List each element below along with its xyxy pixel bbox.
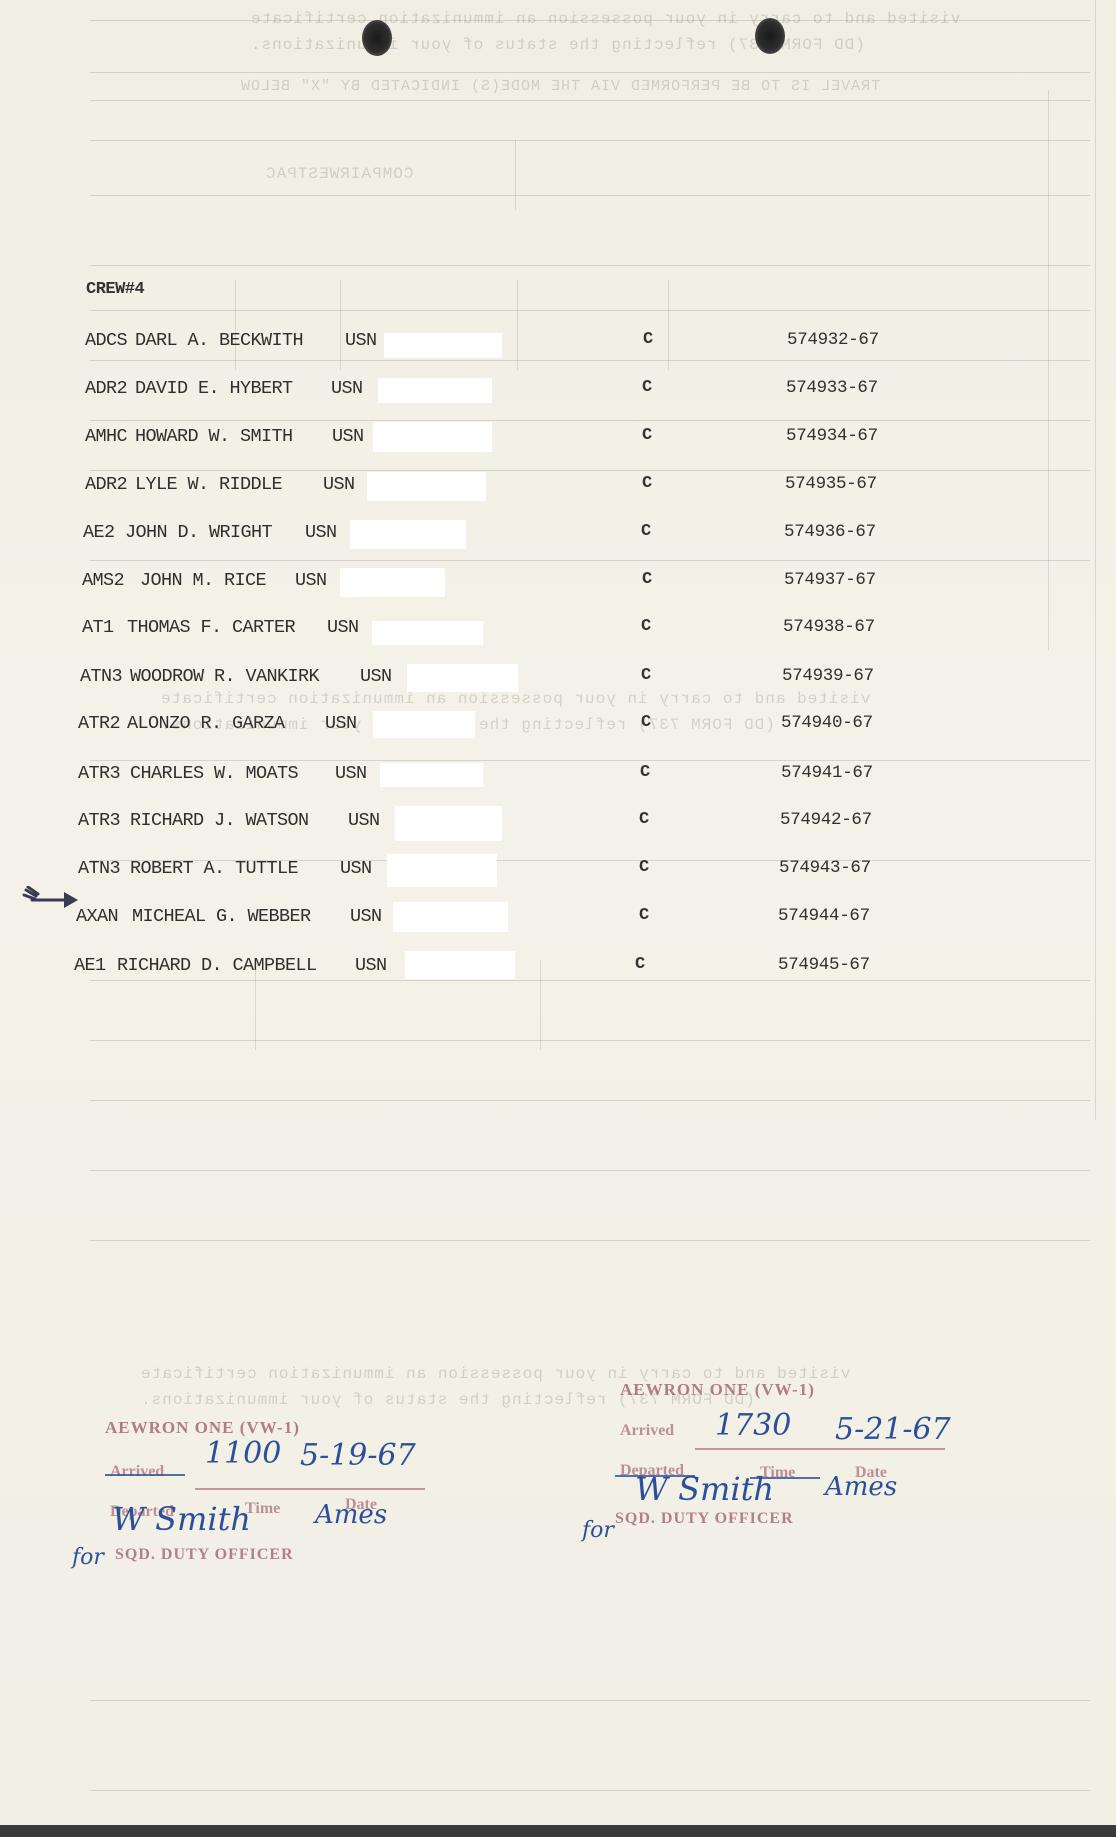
strikethrough-line (105, 1474, 185, 1476)
crew-rate: AE2 (83, 522, 115, 543)
crew-service-number: 574932-67 (787, 330, 879, 350)
crew-branch: USN (332, 426, 364, 447)
crew-name: ALONZO R. GARZA (127, 713, 285, 734)
punch-hole (755, 18, 785, 54)
crew-class: C (641, 617, 651, 636)
crew-row: ATR3 CHARLES W. MOATS USN C 574941-67 (0, 763, 1116, 791)
crew-branch: USN (327, 617, 359, 638)
crew-class: C (642, 474, 652, 493)
stamp-underline (195, 1488, 425, 1490)
ghost-form-line (90, 760, 1090, 761)
crew-service-number: 574937-67 (784, 570, 876, 590)
redaction-box (372, 621, 483, 645)
ghost-form-vline (515, 140, 516, 210)
crew-service-number: 574941-67 (781, 763, 873, 783)
redaction-box (384, 333, 502, 358)
stamp-unit-name: AEWRON ONE (VW-1) (105, 1418, 465, 1438)
handwritten-date: 5-21-67 (835, 1412, 951, 1447)
crew-service-number: 574942-67 (780, 810, 872, 830)
crew-name: WOODROW R. VANKIRK (130, 666, 319, 687)
document-page: visited and to carry in your possession … (0, 0, 1116, 1837)
crew-class: C (642, 570, 652, 589)
crew-rate: ATN3 (80, 666, 122, 687)
ghost-form-line (90, 1700, 1090, 1701)
crew-branch: USN (305, 522, 337, 543)
crew-name: JOHN M. RICE (140, 570, 266, 591)
handwritten-signature-suffix: Ames (315, 1500, 387, 1530)
crew-branch: USN (360, 666, 392, 687)
ghost-form-line (90, 1240, 1090, 1241)
handwritten-time: 1730 (715, 1408, 791, 1443)
handwritten-for-prefix: for (582, 1518, 614, 1543)
crew-row: ATR3 RICHARD J. WATSON USN C 574942-67 (0, 810, 1116, 838)
crew-name: JOHN D. WRIGHT (125, 522, 272, 543)
crew-service-number: 574943-67 (779, 858, 871, 878)
crew-row: ADCS DARL A. BECKWITH USN C 574932-67 (0, 330, 1116, 358)
ghost-form-line (90, 100, 1090, 101)
handwritten-time: 1100 (205, 1436, 281, 1471)
crew-row: ADR2 LYLE W. RIDDLE USN C 574935-67 (0, 474, 1116, 502)
crew-row: AMS2 JOHN M. RICE USN C 574937-67 (0, 570, 1116, 598)
handwritten-signature: W Smith (112, 1500, 251, 1538)
crew-class: C (641, 713, 651, 732)
ghost-form-line (90, 265, 1090, 266)
ghost-form-line (90, 72, 1090, 73)
ghost-form-vline (1095, 0, 1096, 1120)
bleed-through-text: COMPAIRWESTPAC (265, 165, 413, 183)
crew-rate: AE1 (74, 955, 106, 976)
crew-class: C (635, 955, 645, 974)
crew-service-number: 574936-67 (784, 522, 876, 542)
crew-class: C (639, 858, 649, 877)
redaction-box (395, 806, 502, 841)
crew-name: ROBERT A. TUTTLE (130, 858, 298, 879)
redaction-box (405, 951, 515, 979)
crew-service-number: 574939-67 (782, 666, 874, 686)
crew-rate: AMHC (85, 426, 127, 447)
crew-service-number: 574935-67 (785, 474, 877, 494)
crew-name: HOWARD W. SMITH (135, 426, 293, 447)
redaction-box (350, 520, 466, 549)
departure-stamp: AEWRON ONE (VW-1) Arrived Departed Time … (620, 1380, 980, 1540)
crew-row: AXAN MICHEAL G. WEBBER USN C 574944-67 (0, 906, 1116, 934)
crew-class: C (643, 330, 653, 349)
handwritten-signature: W Smith (635, 1470, 774, 1508)
bleed-through-text: TRAVEL IS TO BE PERFORMED VIA THE MODE(S… (240, 78, 880, 95)
crew-class: C (641, 666, 651, 685)
punch-hole (362, 20, 392, 56)
stamp-arrived-label: Arrived (110, 1463, 164, 1481)
ghost-form-line (90, 1790, 1090, 1791)
crew-rate: AT1 (82, 617, 114, 638)
crew-rate: ADCS (85, 330, 127, 351)
crew-rate: AMS2 (82, 570, 124, 591)
ghost-form-line (90, 360, 1090, 361)
crew-branch: USN (345, 330, 377, 351)
crew-service-number: 574938-67 (783, 617, 875, 637)
crew-name: THOMAS F. CARTER (127, 617, 295, 638)
crew-service-number: 574940-67 (781, 713, 873, 733)
ghost-form-line (90, 560, 1090, 561)
stamp-unit-name: AEWRON ONE (VW-1) (620, 1380, 980, 1400)
crew-rate: ATR3 (78, 763, 120, 784)
redaction-box (387, 854, 497, 887)
crew-service-number: 574944-67 (778, 906, 870, 926)
redaction-box (340, 568, 445, 597)
crew-name: RICHARD D. CAMPBELL (117, 955, 317, 976)
stamp-officer-label: SQD. DUTY OFFICER (115, 1546, 294, 1564)
crew-rate: ADR2 (85, 474, 127, 495)
ghost-form-line (90, 1170, 1090, 1171)
crew-name: MICHEAL G. WEBBER (132, 906, 311, 927)
crew-name: LYLE W. RIDDLE (135, 474, 282, 495)
crew-rate: ATR2 (78, 713, 120, 734)
bleed-through-text: visited and to carry in your possession … (250, 10, 960, 28)
redaction-box (407, 664, 518, 692)
redaction-box (380, 763, 483, 787)
crew-branch: USN (355, 955, 387, 976)
ghost-form-line (90, 1100, 1090, 1101)
crew-branch: USN (323, 474, 355, 495)
crew-rate: ATN3 (78, 858, 120, 879)
redaction-box (378, 378, 492, 403)
crew-row: ADR2 DAVID E. HYBERT USN C 574933-67 (0, 378, 1116, 406)
crew-rate: ATR3 (78, 810, 120, 831)
ghost-form-line (90, 1040, 1090, 1041)
crew-branch: USN (348, 810, 380, 831)
crew-heading: CREW#4 (86, 280, 144, 299)
stamp-officer-label: SQD. DUTY OFFICER (615, 1510, 794, 1528)
crew-name: DARL A. BECKWITH (135, 330, 303, 351)
ghost-form-line (90, 420, 1090, 421)
crew-class: C (641, 522, 651, 541)
crew-branch: USN (331, 378, 363, 399)
stamp-arrived-label: Arrived (620, 1422, 674, 1440)
crew-service-number: 574933-67 (786, 378, 878, 398)
handwritten-signature-suffix: Ames (825, 1472, 897, 1502)
crew-name: CHARLES W. MOATS (130, 763, 298, 784)
crew-rate: AXAN (76, 906, 118, 927)
crew-class: C (640, 763, 650, 782)
crew-branch: USN (350, 906, 382, 927)
ghost-form-line (90, 140, 1090, 141)
crew-class: C (639, 906, 649, 925)
crew-row: AMHC HOWARD W. SMITH USN C 574934-67 (0, 426, 1116, 454)
crew-branch: USN (325, 713, 357, 734)
crew-rate: ADR2 (85, 378, 127, 399)
crew-service-number: 574934-67 (786, 426, 878, 446)
ghost-form-line (90, 310, 1090, 311)
crew-branch: USN (340, 858, 372, 879)
handwritten-date: 5-19-67 (300, 1438, 416, 1473)
crew-row: ATN3 WOODROW R. VANKIRK USN C 574939-67 (0, 666, 1116, 694)
crew-row: AE2 JOHN D. WRIGHT USN C 574936-67 (0, 522, 1116, 550)
crew-class: C (642, 378, 652, 397)
ghost-form-vline (1048, 90, 1049, 650)
ghost-form-line (90, 195, 1090, 196)
crew-class: C (639, 810, 649, 829)
redaction-box (393, 902, 508, 932)
redaction-box (373, 422, 492, 452)
stamp-underline (695, 1448, 945, 1450)
crew-branch: USN (295, 570, 327, 591)
crew-row: ATR2 ALONZO R. GARZA USN C 574940-67 (0, 713, 1116, 741)
crew-row: AE1 RICHARD D. CAMPBELL USN C 574945-67 (0, 955, 1116, 983)
redaction-box (367, 472, 486, 501)
redaction-box (373, 711, 475, 738)
crew-service-number: 574945-67 (778, 955, 870, 975)
ghost-form-line (90, 470, 1090, 471)
scan-bottom-edge (0, 1825, 1116, 1837)
crew-row: AT1 THOMAS F. CARTER USN C 574938-67 (0, 617, 1116, 645)
crew-name: DAVID E. HYBERT (135, 378, 293, 399)
crew-class: C (642, 426, 652, 445)
crew-name: RICHARD J. WATSON (130, 810, 309, 831)
crew-branch: USN (335, 763, 367, 784)
crew-row: ATN3 ROBERT A. TUTTLE USN C 574943-67 (0, 858, 1116, 886)
handwritten-for-prefix: for (72, 1545, 104, 1570)
